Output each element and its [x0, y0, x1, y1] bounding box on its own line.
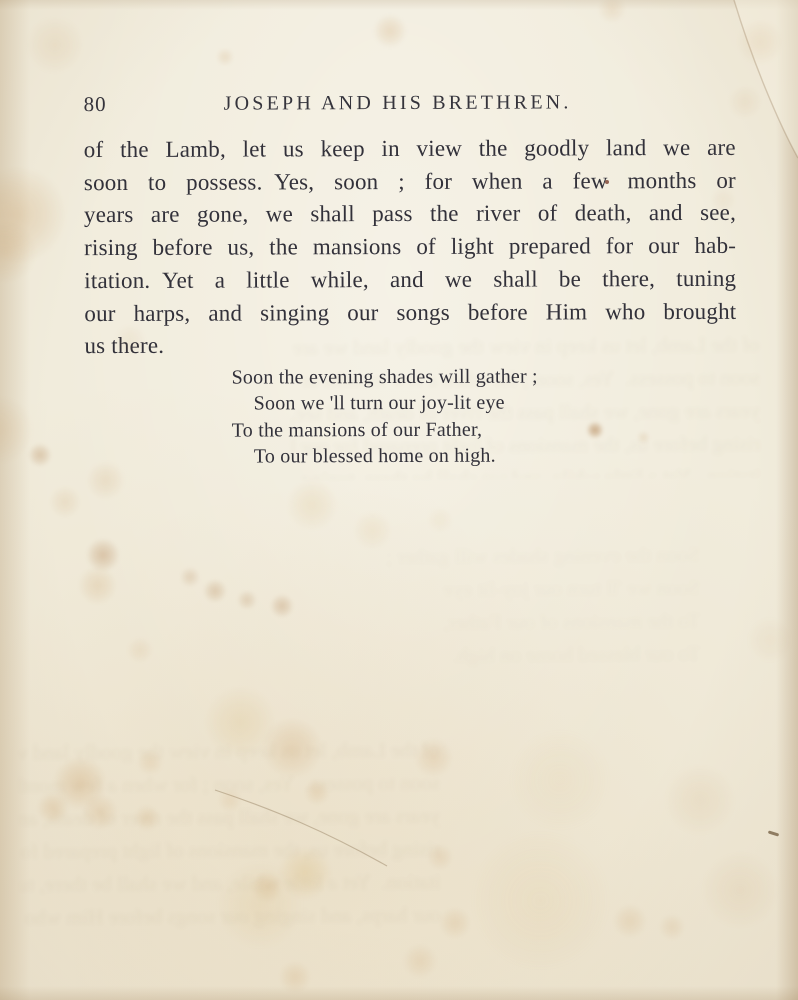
body-text-line: us there.: [84, 328, 736, 363]
body-text-line: years are gone, we shall pass the river …: [84, 197, 736, 232]
body-text-line: our harps, and singing our songs before …: [84, 295, 736, 330]
body-text-line: rising before us, the mansions of light …: [84, 230, 736, 265]
book-page: 80 JOSEPH AND HIS BRETHREN. of the Lamb,…: [0, 0, 798, 1000]
hymn-stanza: Soon the evening shades will gather ;Soo…: [232, 364, 539, 471]
ink-speck: [605, 180, 609, 184]
poem-line: To our blessed home on high.: [254, 443, 538, 470]
poem-line: To the mansions of our Father,: [232, 416, 538, 443]
poem-line: Soon we 'll turn our joy-lit eye: [254, 390, 538, 417]
body-text-line: of the Lamb, let us keep in view the goo…: [84, 132, 736, 167]
page-content: 80 JOSEPH AND HIS BRETHREN. of the Lamb,…: [0, 0, 798, 1000]
body-text-line: itation. Yet a little while, and we shal…: [84, 263, 736, 298]
body-paragraph: of the Lamb, let us keep in view the goo…: [84, 132, 737, 363]
running-head: JOSEPH AND HIS BRETHREN.: [0, 91, 797, 117]
poem-line: Soon the evening shades will gather ;: [232, 364, 538, 391]
body-text-line: soon to possess. Yes, soon ; for when a …: [84, 165, 736, 200]
